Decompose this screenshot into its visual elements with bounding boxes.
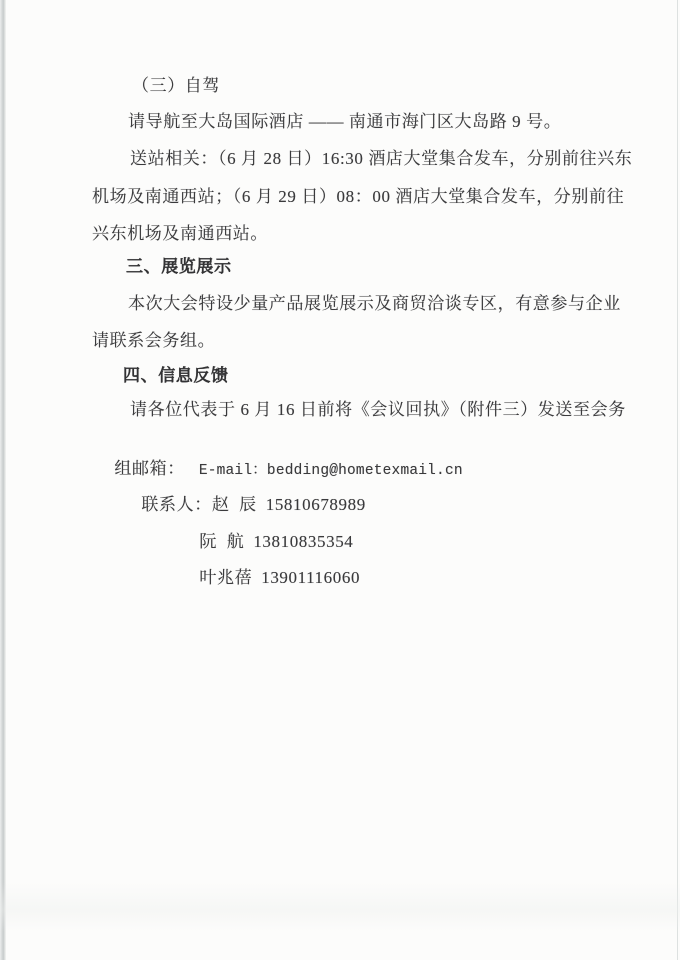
contact-row: 叶兆蓓13901116060 (180, 542, 360, 614)
paragraph-feedback-line-1: 请各位代表于 6 月 16 日前将《会议回执》（附件三）发送至会务 (130, 398, 626, 422)
scan-left-edge-shadow (0, 0, 6, 960)
paragraph-exhibition-line-1: 本次大会特设少量产品展览展示及商贸洽谈专区，有意参与企业 (128, 292, 621, 316)
paragraph-shuttle-line-3: 兴东机场及南通西站。 (92, 222, 268, 246)
subheading-self-driving: （三）自驾 (132, 74, 220, 98)
contact-phone: 13901116060 (261, 568, 360, 587)
paragraph-shuttle-line-1: 送站相关：（6 月 28 日）16:30 酒店大堂集合发车，分别前往兴东 (130, 147, 632, 171)
scan-bottom-texture (0, 882, 680, 932)
paragraph-shuttle-line-2: 机场及南通西站；（6 月 29 日）08：00 酒店大堂集合发车，分别前往 (92, 185, 624, 209)
scanned-document-page: （三）自驾 请导航至大岛国际酒店 —— 南通市海门区大岛路 9 号。 送站相关：… (0, 0, 680, 960)
paragraph-exhibition-line-2: 请联系会务组。 (92, 329, 215, 353)
scan-right-edge-line (677, 0, 678, 960)
contact-name: 叶兆蓓 (199, 568, 252, 587)
paragraph-navigation: 请导航至大岛国际酒店 —— 南通市海门区大岛路 9 号。 (128, 110, 561, 134)
section-heading-exhibition: 三、展览展示 (126, 255, 232, 279)
section-heading-feedback: 四、信息反馈 (123, 364, 229, 388)
